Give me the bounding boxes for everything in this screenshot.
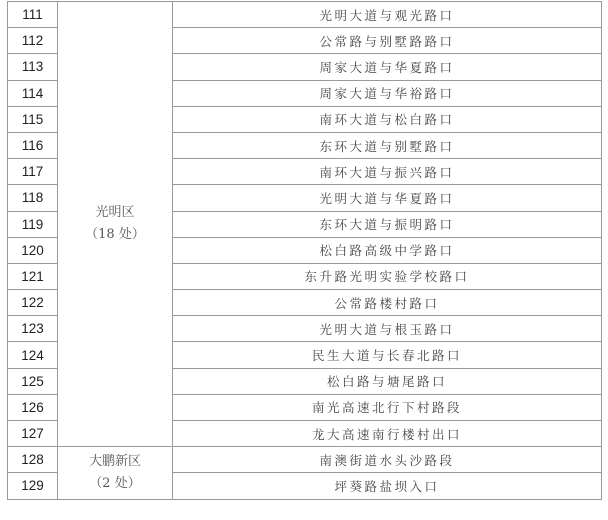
row-number: 118 xyxy=(8,185,58,211)
location-name: 光明大道与观光路口 xyxy=(173,2,602,28)
location-name: 坪葵路盐坝入口 xyxy=(173,473,602,499)
district-name: 大鹏新区 xyxy=(58,451,172,473)
location-name: 民生大道与长春北路口 xyxy=(173,342,602,368)
location-name: 南澳街道水头沙路段 xyxy=(173,447,602,473)
row-number: 121 xyxy=(8,263,58,289)
row-number: 123 xyxy=(8,316,58,342)
district-name: 光明区 xyxy=(58,202,172,224)
row-number: 125 xyxy=(8,368,58,394)
location-name: 龙大高速南行楼村出口 xyxy=(173,421,602,447)
row-number: 117 xyxy=(8,159,58,185)
row-number: 111 xyxy=(8,2,58,28)
row-number: 120 xyxy=(8,237,58,263)
row-number: 129 xyxy=(8,473,58,499)
location-name: 公常路与别墅路路口 xyxy=(173,28,602,54)
location-name: 周家大道与华夏路口 xyxy=(173,54,602,80)
district-cell: 大鹏新区（2 处） xyxy=(58,447,173,499)
row-number: 115 xyxy=(8,106,58,132)
row-number: 116 xyxy=(8,132,58,158)
table-row: 128大鹏新区（2 处）南澳街道水头沙路段 xyxy=(8,447,602,473)
district-count: （18 处） xyxy=(58,224,172,246)
row-number: 124 xyxy=(8,342,58,368)
location-name: 松白路与塘尾路口 xyxy=(173,368,602,394)
location-name: 南光高速北行下村路段 xyxy=(173,394,602,420)
row-number: 127 xyxy=(8,421,58,447)
location-name: 周家大道与华裕路口 xyxy=(173,80,602,106)
location-name: 东环大道与别墅路口 xyxy=(173,132,602,158)
row-number: 112 xyxy=(8,28,58,54)
location-name: 东升路光明实验学校路口 xyxy=(173,263,602,289)
location-name: 南环大道与松白路口 xyxy=(173,106,602,132)
location-name: 光明大道与根玉路口 xyxy=(173,316,602,342)
row-number: 114 xyxy=(8,80,58,106)
row-number: 113 xyxy=(8,54,58,80)
location-name: 南环大道与振兴路口 xyxy=(173,159,602,185)
location-name: 光明大道与华夏路口 xyxy=(173,185,602,211)
district-count: （2 处） xyxy=(58,473,172,495)
location-name: 东环大道与振明路口 xyxy=(173,211,602,237)
table-row: 111光明区（18 处）光明大道与观光路口 xyxy=(8,2,602,28)
row-number: 122 xyxy=(8,290,58,316)
monitoring-locations-table: 111光明区（18 处）光明大道与观光路口112公常路与别墅路路口113周家大道… xyxy=(7,1,602,500)
district-cell: 光明区（18 处） xyxy=(58,2,173,447)
row-number: 128 xyxy=(8,447,58,473)
row-number: 126 xyxy=(8,394,58,420)
location-name: 公常路楼村路口 xyxy=(173,290,602,316)
row-number: 119 xyxy=(8,211,58,237)
location-name: 松白路高级中学路口 xyxy=(173,237,602,263)
